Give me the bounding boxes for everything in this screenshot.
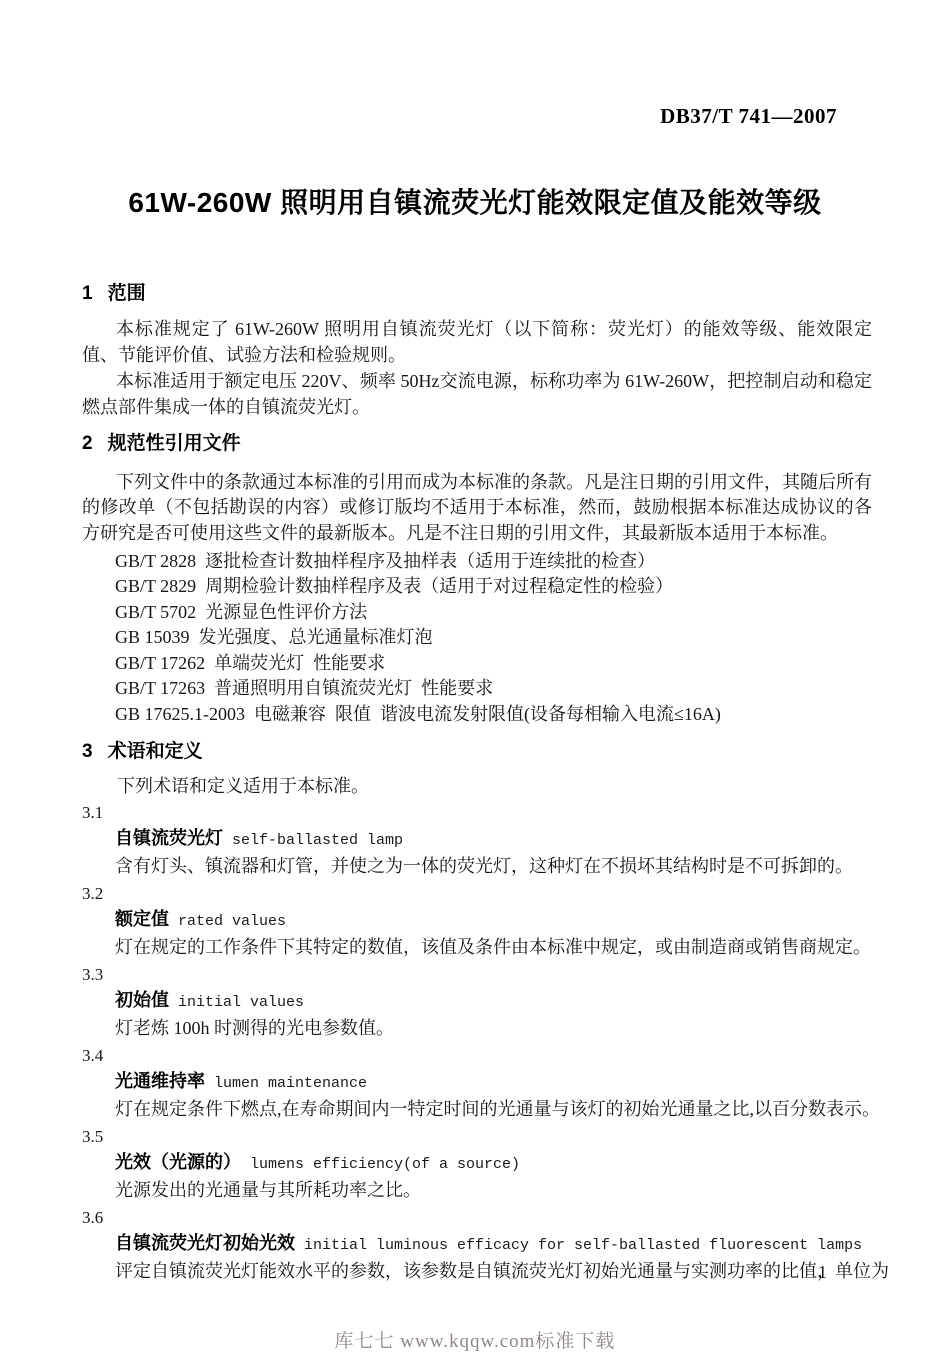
term-name-en: lumens efficiency(of a source) [250, 1156, 520, 1173]
section-title: 范围 [108, 283, 146, 304]
document-body: 1范围 本标准规定了 61W-260W 照明用自镇流荧光灯（以下简称：荧光灯）的… [82, 283, 872, 1283]
section-2-heading: 2规范性引用文件 [82, 433, 872, 455]
term-name: 光通维持率 [115, 1071, 205, 1091]
term-name-en: initial luminous efficacy for self-balla… [304, 1237, 862, 1254]
term-number: 3.3 [82, 963, 872, 987]
term-number: 3.2 [82, 882, 872, 906]
term-3-3: 3.3 初始值initial values 灯老炼 100h 时测得的光电参数值… [82, 963, 872, 1040]
term-definition: 灯在规定条件下燃点,在寿命期间内一特定时间的光通量与该灯的初始光通量之比,以百分… [82, 1097, 872, 1121]
term-3-2: 3.2 额定值rated values 灯在规定的工作条件下其特定的数值，该值及… [82, 882, 872, 959]
term-3-4: 3.4 光通维持率lumen maintenance 灯在规定条件下燃点,在寿命… [82, 1044, 872, 1121]
section-number: 3 [82, 741, 93, 762]
term-3-5: 3.5 光效（光源的）lumens efficiency(of a source… [82, 1125, 872, 1202]
term-definition: 评定自镇流荧光灯能效水平的参数，该参数是自镇流荧光灯初始光通量与实测功率的比值，… [82, 1259, 872, 1283]
term-3-1: 3.1 自镇流荧光灯self-ballasted lamp 含有灯头、镇流器和灯… [82, 801, 872, 878]
term-number: 3.6 [82, 1206, 872, 1230]
reference-item: GB/T 5702 光源显色性评价方法 [82, 600, 872, 626]
paragraph-normative-refs: 下列文件中的条款通过本标准的引用而成为本标准的条款。凡是注日期的引用文件，其随后… [82, 470, 872, 546]
term-definition: 灯在规定的工作条件下其特定的数值，该值及条件由本标准中规定，或由制造商或销售商规… [82, 935, 872, 959]
term-name: 光效（光源的） [115, 1152, 241, 1172]
page-number: 1 [818, 1262, 827, 1283]
term-definition: 光源发出的光通量与其所耗功率之比。 [82, 1178, 872, 1202]
section-3-heading: 3术语和定义 [82, 741, 872, 763]
reference-item: GB/T 2829 周期检验计数抽样程序及表（适用于对过程稳定性的检验） [82, 574, 872, 600]
section-title: 规范性引用文件 [108, 433, 241, 454]
term-name: 额定值 [115, 909, 169, 929]
term-title: 初始值initial values [82, 988, 872, 1015]
term-name: 自镇流荧光灯初始光效 [115, 1233, 295, 1253]
term-name-en: rated values [178, 913, 286, 930]
paragraph-scope-2: 本标准适用于额定电压 220V、频率 50Hz交流电源，标称功率为 61W-26… [82, 368, 872, 420]
terms-intro: 下列术语和定义适用于本标准。 [82, 774, 872, 799]
section-1-heading: 1范围 [82, 283, 872, 305]
reference-item: GB/T 17263 普通照明用自镇流荧光灯 性能要求 [82, 676, 872, 702]
term-name-en: lumen maintenance [214, 1075, 367, 1092]
reference-item: GB 15039 发光强度、总光通量标准灯泡 [82, 625, 872, 651]
term-3-6: 3.6 自镇流荧光灯初始光效initial luminous efficacy … [82, 1206, 872, 1283]
section-number: 2 [82, 433, 93, 454]
section-number: 1 [82, 283, 93, 304]
term-number: 3.1 [82, 801, 872, 825]
term-title: 自镇流荧光灯初始光效initial luminous efficacy for … [82, 1231, 872, 1258]
reference-list: GB/T 2828 逐批检查计数抽样程序及抽样表（适用于连续批的检查） GB/T… [82, 549, 872, 728]
watermark-footer: 库七七 www.kqqw.com标准下载 [0, 1326, 950, 1353]
term-title: 光通维持率lumen maintenance [82, 1069, 872, 1096]
term-title: 额定值rated values [82, 907, 872, 934]
paragraph-scope-1: 本标准规定了 61W-260W 照明用自镇流荧光灯（以下简称：荧光灯）的能效等级… [82, 316, 872, 368]
term-name-en: self-ballasted lamp [232, 832, 403, 849]
term-number: 3.5 [82, 1125, 872, 1149]
section-title: 术语和定义 [108, 741, 203, 762]
standard-code: DB37/T 741—2007 [660, 104, 837, 129]
term-name-en: initial values [178, 994, 304, 1011]
reference-item: GB/T 17262 单端荧光灯 性能要求 [82, 651, 872, 677]
term-number: 3.4 [82, 1044, 872, 1068]
term-name: 初始值 [115, 990, 169, 1010]
term-title: 光效（光源的）lumens efficiency(of a source) [82, 1150, 872, 1177]
term-title: 自镇流荧光灯self-ballasted lamp [82, 826, 872, 853]
term-definition: 含有灯头、镇流器和灯管，并使之为一体的荧光灯，这种灯在不损坏其结构时是不可拆卸的… [82, 854, 872, 878]
term-definition: 灯老炼 100h 时测得的光电参数值。 [82, 1016, 872, 1040]
document-page: DB37/T 741—2007 61W-260W 照明用自镇流荧光灯能效限定值及… [0, 0, 950, 1358]
document-title: 61W-260W 照明用自镇流荧光灯能效限定值及能效等级 [0, 181, 950, 221]
term-name: 自镇流荧光灯 [115, 828, 223, 848]
reference-item: GB/T 2828 逐批检查计数抽样程序及抽样表（适用于连续批的检查） [82, 549, 872, 575]
reference-item: GB 17625.1-2003 电磁兼容 限值 谐波电流发射限值(设备每相输入电… [82, 702, 872, 728]
